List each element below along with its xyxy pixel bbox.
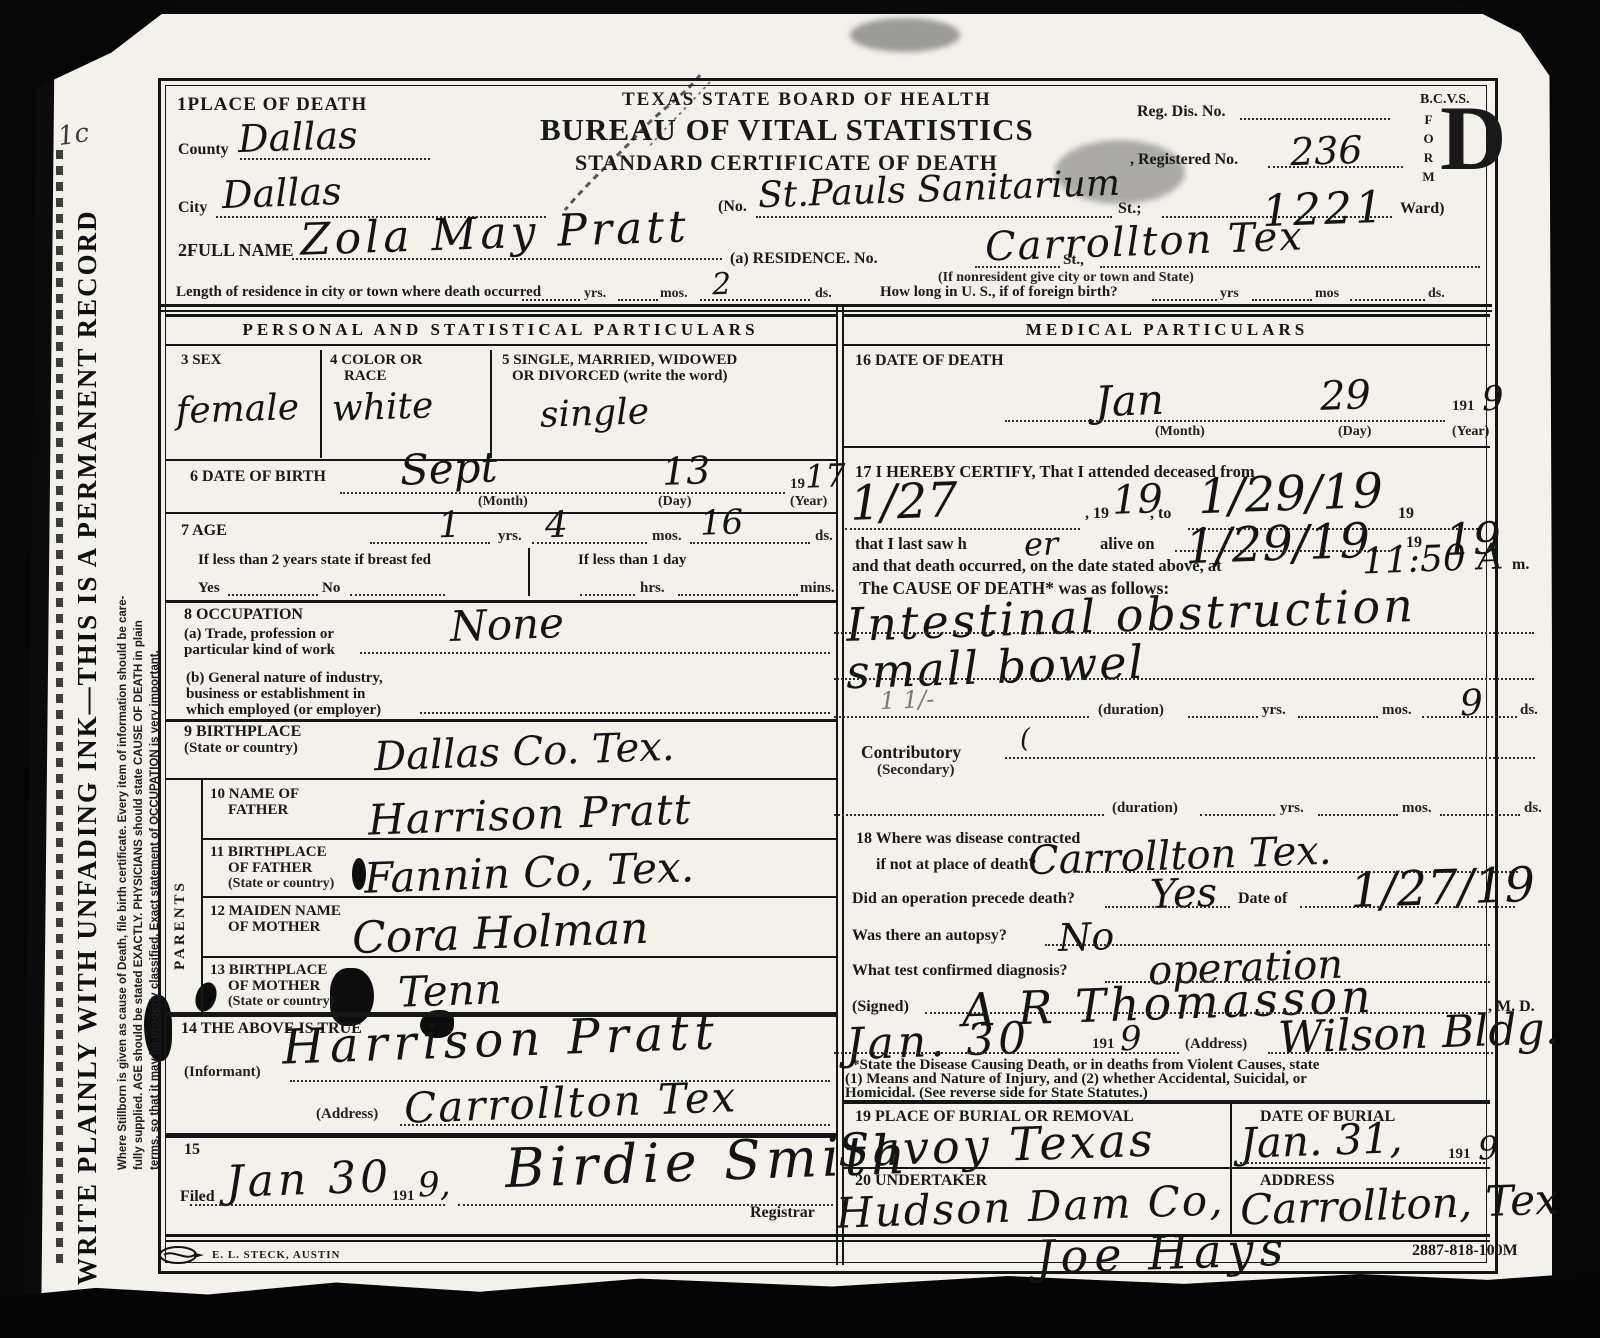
death-month-value: Jan xyxy=(1094,379,1164,423)
registered-no-line xyxy=(1268,166,1403,168)
hrs-line xyxy=(580,594,635,596)
length-mos-label: mos. xyxy=(660,286,688,302)
city-label: City xyxy=(178,199,207,217)
burial-row-rule xyxy=(844,1167,1490,1169)
form-bottom-rule-b xyxy=(165,1240,1490,1242)
row8-rule xyxy=(165,719,836,722)
printer-logo xyxy=(158,1245,206,1265)
residence-line1 xyxy=(975,266,1060,268)
pencil-mark: 1c xyxy=(56,120,90,150)
cause-duration-line3 xyxy=(1422,716,1517,718)
age-ds-label: ds. xyxy=(815,528,833,545)
row16-rule xyxy=(844,446,1490,448)
death-month-sublabel: (Month) xyxy=(1155,424,1205,440)
reg-dis-label: Reg. Dis. No. xyxy=(1137,103,1225,121)
marital-value: single xyxy=(539,394,649,434)
cause-duration-label: (duration) xyxy=(1098,702,1164,719)
birth-line xyxy=(340,492,785,494)
medical-band-rule-top xyxy=(844,314,1490,317)
personal-band-rule-top xyxy=(165,314,836,317)
howlong-mos-label: mos xyxy=(1315,286,1339,302)
county-label: County xyxy=(178,141,229,159)
certify-line2b: alive on xyxy=(1100,534,1155,554)
registered-no-label: , Registered No. xyxy=(1130,151,1238,169)
cause-duration-line0 xyxy=(834,716,1089,718)
residence-line2 xyxy=(1100,266,1480,268)
institution-st-label: St.; xyxy=(1118,200,1142,218)
cause-faint-note: 1 1/- xyxy=(880,687,935,713)
mother-bp-label-2: OF MOTHER xyxy=(228,978,320,995)
informant-sublabel: (Informant) xyxy=(184,1064,261,1081)
father-bp-label-3: (State or country) xyxy=(228,876,334,892)
contributory-duration-line3 xyxy=(1440,814,1520,816)
residence-st-label: St., xyxy=(1063,252,1084,269)
marital-label-1: 5 SINGLE, MARRIED, WIDOWED xyxy=(502,352,737,369)
header-separator-rule-a xyxy=(161,304,1492,307)
age-mos-label: mos. xyxy=(652,528,682,545)
marital-label-2: OR DIVORCED (write the word) xyxy=(512,368,728,385)
father-bp-label-2: OF FATHER xyxy=(228,860,312,877)
lessthan1day-label: If less than 1 day xyxy=(578,552,686,569)
breastfed-label: If less than 2 years state if breast fed xyxy=(198,552,431,569)
cause-yrs-label: yrs. xyxy=(1262,702,1286,719)
contributory-sublabel: (Secondary) xyxy=(877,762,955,779)
institution-line xyxy=(756,216,1112,218)
signed-address-label: (Address) xyxy=(1185,1036,1247,1053)
father-value: Harrison Pratt xyxy=(367,788,692,841)
length-yrs-label: yrs. xyxy=(584,286,606,302)
occupation-a-line xyxy=(360,652,830,654)
sex-value: female xyxy=(175,390,299,430)
mother-value: Cora Holman xyxy=(351,907,649,961)
signed-address-line xyxy=(1268,1052,1493,1054)
operation-line2 xyxy=(1300,906,1515,908)
occupation-b-line xyxy=(420,712,830,714)
birth-year-sublabel: (Year) xyxy=(790,494,827,510)
operation-line1 xyxy=(1105,906,1230,908)
medical-band-rule-bottom xyxy=(844,344,1490,346)
filed-year-printed: 191 xyxy=(392,1188,415,1205)
reg-dis-line xyxy=(1240,118,1390,120)
cause-line-1 xyxy=(834,632,1534,634)
filed-line1 xyxy=(190,1204,445,1206)
color-label-1: 4 COLOR OR xyxy=(330,352,423,369)
birthplace-label: 9 BIRTHPLACE xyxy=(184,723,301,741)
howlong-ds-label: ds. xyxy=(1428,286,1445,302)
cause-mos-label: mos. xyxy=(1382,702,1412,719)
certify-y1-printed: , 19 xyxy=(1085,505,1109,523)
full-name-line xyxy=(292,258,722,260)
residence-label: (a) RESIDENCE. No. xyxy=(730,250,878,268)
howlong-line2 xyxy=(1252,299,1312,301)
county-line xyxy=(240,158,430,160)
birthplace-value: Dallas Co. Tex. xyxy=(373,727,675,777)
informant-name-value: Harrison Pratt xyxy=(281,1008,720,1071)
stock-number: 2887-818-100M xyxy=(1412,1242,1518,1260)
informant-address-value: Carrollton Tex xyxy=(403,1076,738,1130)
disease-contracted-label2: if not at place of death? xyxy=(876,856,1036,874)
death-year-sublabel: (Year) xyxy=(1452,424,1489,440)
age-mos-value: 4 xyxy=(544,508,568,545)
age-label: 7 AGE xyxy=(181,522,227,540)
contributory-label: Contributory xyxy=(861,742,961,763)
certify-to-label: , to xyxy=(1150,505,1171,523)
length-ds-label: ds. xyxy=(815,286,832,302)
burial-divider xyxy=(1230,1104,1232,1236)
signed-date-line xyxy=(834,1052,1179,1054)
mins-label: mins. xyxy=(800,580,835,597)
signed-year-printed: 191 xyxy=(1092,1036,1115,1053)
burial-date-line xyxy=(1240,1162,1485,1164)
autopsy-label: Was there an autopsy? xyxy=(852,927,1007,945)
father-label-2: FATHER xyxy=(228,802,288,819)
length-residence-label: Length of residence in city or town wher… xyxy=(176,284,541,301)
mother-bp-label-3: (State or country) xyxy=(228,994,334,1010)
scan-edge-top xyxy=(120,0,1550,14)
occupation-value: None xyxy=(449,602,564,648)
cause-line-2 xyxy=(834,678,1534,680)
death-year-printed: 191 xyxy=(1452,398,1475,415)
filed-year-value: 9, xyxy=(417,1167,451,1202)
board-title: TEXAS STATE BOARD OF HEALTH xyxy=(622,89,992,111)
institution-no-label: (No. xyxy=(718,198,747,216)
personal-band-rule-bottom xyxy=(165,344,836,346)
scan-edge-right xyxy=(1552,0,1600,1338)
length-line3 xyxy=(700,299,810,301)
birth-day-value: 13 xyxy=(661,451,711,491)
sex-label: 3 SEX xyxy=(181,352,221,369)
filed-number-label: 15 xyxy=(184,1141,200,1159)
certify-lastseen-line xyxy=(1175,550,1390,552)
registrar-label: Registrar xyxy=(750,1204,815,1222)
informant-address-label: (Address) xyxy=(316,1106,378,1123)
breastfed-yes-line xyxy=(228,594,318,596)
occupation-a1-label: (a) Trade, profession or xyxy=(184,626,334,643)
color-value: white xyxy=(331,388,433,428)
father-label-1: 10 NAME OF xyxy=(210,786,299,803)
header-separator-rule-b xyxy=(161,310,1492,312)
contributory-mos-label: mos. xyxy=(1402,800,1432,817)
occupation-a2-label: particular kind of work xyxy=(184,642,335,659)
occupation-b2-label: business or establishment in xyxy=(186,686,365,703)
death-date-line xyxy=(1005,420,1445,422)
scanned-death-certificate: WRITE PLAINLY WITH UNFADING INK—THIS IS … xyxy=(0,0,1600,1338)
contributory-duration-line1 xyxy=(1200,814,1275,816)
form-word-vertical: FORM xyxy=(1420,112,1436,188)
column-divider-b xyxy=(842,306,844,1265)
mins-line xyxy=(678,594,798,596)
breastfed-no-label: No xyxy=(322,580,340,597)
breastfed-yes-label: Yes xyxy=(198,580,220,597)
parents-vertical-label: PARENTS xyxy=(172,840,189,970)
city-value: Dallas xyxy=(221,172,342,214)
certify-y2-printed: 19 xyxy=(1398,505,1414,523)
contributory-duration-line2 xyxy=(1318,814,1398,816)
cause-duration-line1 xyxy=(1188,716,1258,718)
birth-year-value: 17 xyxy=(804,459,846,492)
date-of-birth-label: 6 DATE OF BIRTH xyxy=(190,468,326,486)
death-year-value: 9 xyxy=(1481,382,1504,417)
father-bp-value: Fannin Co, Tex. xyxy=(363,846,694,899)
signed-label: (Signed) xyxy=(852,998,909,1016)
row5-rule xyxy=(165,459,836,461)
howlong-line3 xyxy=(1350,299,1425,301)
occupation-b3-label: which employed (or employer) xyxy=(186,702,381,719)
cause-ds-label: ds. xyxy=(1520,702,1538,719)
mother-bp-value: Tenn xyxy=(397,968,502,1014)
length-value: 2 xyxy=(711,270,731,301)
margin-instructions-line2: fully supplied. AGE should be stated EXA… xyxy=(133,160,145,1170)
contributory-yrs-label: yrs. xyxy=(1280,800,1304,817)
residence-value: Carrollton Tex xyxy=(984,216,1304,267)
county-value: Dallas xyxy=(237,116,358,158)
contributory-mark: ( xyxy=(1020,726,1031,752)
father-bp-label-1: 11 BIRTHPLACE xyxy=(210,844,327,861)
mother-label-2: OF MOTHER xyxy=(228,919,320,936)
form-letter-d: D xyxy=(1440,92,1506,184)
howlong-label: How long in U. S., if of foreign birth? xyxy=(880,284,1118,301)
date-of-death-label: 16 DATE OF DEATH xyxy=(855,352,1004,370)
age-sub-divider xyxy=(528,548,530,596)
contributory-ds-label: ds. xyxy=(1524,800,1542,817)
operation-value: Yes xyxy=(1149,873,1217,915)
undertaker-signature-2: Joe Hays xyxy=(1035,1226,1290,1281)
birthplace-sublabel: (State or country) xyxy=(184,740,298,757)
burial-date-value: Jan. 31, xyxy=(1239,1117,1403,1165)
contributory-duration-label: (duration) xyxy=(1112,800,1178,817)
occupation-b1-label: (b) General nature of industry, xyxy=(186,670,383,687)
length-line2 xyxy=(618,299,658,301)
column-divider-a xyxy=(836,306,838,1265)
length-line1 xyxy=(522,299,580,301)
certify-line3: and that death occurred, on the date sta… xyxy=(852,556,1222,576)
printer-mark: E. L. STECK, AUSTIN xyxy=(212,1249,340,1261)
filed-date-value: Jan 30 xyxy=(225,1155,393,1205)
sex-color-divider xyxy=(320,350,322,458)
bureau-title: BUREAU OF VITAL STATISTICS xyxy=(540,112,1034,148)
age-ds-value: 16 xyxy=(699,505,743,540)
birth-year-printed: 19 xyxy=(790,476,805,493)
personal-band-title: PERSONAL AND STATISTICAL PARTICULARS xyxy=(165,320,836,340)
row10-rule xyxy=(201,838,836,840)
margin-permanent-record-note: WRITE PLAINLY WITH UNFADING INK—THIS IS … xyxy=(72,145,103,1285)
burial-place-value: Savoy Texas xyxy=(837,1116,1156,1173)
margin-instructions-line1: Where Stillborn is given as cause of Dea… xyxy=(117,160,129,1170)
hrs-label: hrs. xyxy=(640,580,665,597)
contributory-line xyxy=(1005,757,1535,759)
row12-rule xyxy=(201,956,836,958)
full-name-label: 2FULL NAME xyxy=(178,240,294,261)
age-line1 xyxy=(370,542,490,544)
burial-year-printed: 191 xyxy=(1448,1146,1471,1163)
contributory-duration-line0 xyxy=(834,814,1104,816)
death-time-value: 11:50 A xyxy=(1361,540,1503,581)
color-label-2: RACE xyxy=(344,368,387,385)
certify-line2a: that I last saw h xyxy=(855,534,967,554)
death-day-sublabel: (Day) xyxy=(1338,424,1371,440)
form-bottom-rule-a xyxy=(165,1234,1490,1237)
autopsy-value: No xyxy=(1057,917,1114,957)
margin-illegible-strip xyxy=(56,150,63,1270)
breastfed-no-line xyxy=(350,594,445,596)
age-yrs-label: yrs. xyxy=(498,528,522,545)
age-yrs-value: 1 xyxy=(437,508,461,545)
burial-rule-top xyxy=(844,1100,1490,1104)
ward-label: Ward) xyxy=(1400,200,1444,218)
occupation-label: 8 OCCUPATION xyxy=(184,606,303,624)
mother-label-1: 12 MAIDEN NAME xyxy=(210,903,341,920)
death-day-value: 29 xyxy=(1319,375,1371,417)
operation-date-label: Date of xyxy=(1238,890,1287,908)
row11-rule xyxy=(201,896,836,898)
informant-address-line xyxy=(400,1124,830,1126)
test-label: What test confirmed diagnosis? xyxy=(852,962,1068,980)
birth-month-value: Sept xyxy=(399,446,498,491)
burial-year-value: 9 xyxy=(1477,1132,1498,1165)
mother-bp-label-1: 13 BIRTHPLACE xyxy=(210,962,327,979)
howlong-yrs-label: yrs xyxy=(1220,286,1239,302)
operation-label: Did an operation precede death? xyxy=(852,890,1075,908)
medical-band-title: MEDICAL PARTICULARS xyxy=(844,320,1490,340)
birth-month-sublabel: (Month) xyxy=(478,494,528,510)
howlong-line1 xyxy=(1152,299,1217,301)
full-name-value: Zola May Pratt xyxy=(299,205,690,263)
death-time-m-label: m. xyxy=(1512,556,1529,574)
row9-rule xyxy=(165,778,836,780)
scan-smudge-top-center xyxy=(850,18,960,52)
cause-duration-line2 xyxy=(1298,716,1378,718)
birth-day-sublabel: (Day) xyxy=(658,494,691,510)
certify-from-value: 1/27 xyxy=(849,476,958,528)
